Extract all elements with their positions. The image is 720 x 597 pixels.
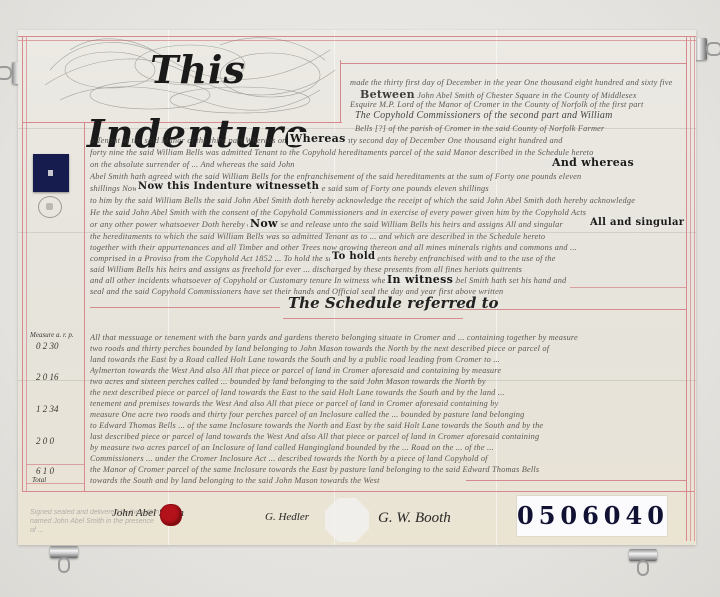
embossed-stamp-icon xyxy=(38,196,62,218)
margin-measure-value: 2 0 16 xyxy=(36,372,59,382)
schedule-line: Commissioners ... under the Cromer Inclo… xyxy=(90,454,684,463)
document-title: This Indenture xyxy=(48,38,348,102)
signature-hedler: G. Hedler xyxy=(265,511,309,523)
schedule-line: two acres and sixteen perches called ...… xyxy=(90,377,684,386)
binder-clip-right-handle xyxy=(706,42,720,56)
engrossed-and-whereas: And whereas xyxy=(550,156,636,169)
schedule-line: All that messuage or tenement with the b… xyxy=(90,333,684,342)
binder-clip-bottom-left-handle xyxy=(58,557,70,573)
binder-clip-bottom-right-handle xyxy=(637,560,649,576)
margin-measure-total: 6 1 0 xyxy=(36,466,54,476)
engrossed-now-this-indenture-witnesseth: Now this Indenture witnesseth xyxy=(136,181,321,192)
opening-line: The Copyhold Commissioners of the second… xyxy=(355,110,682,121)
red-ruling-schedule-underline xyxy=(283,318,463,319)
stamp-center xyxy=(46,203,53,210)
margin-measure-value: 0 2 30 xyxy=(36,341,59,351)
engrossed-all-and-singular: All and singular xyxy=(588,217,686,228)
binder-clip-left-handle xyxy=(0,66,12,80)
opening-line: made the thirty first day of December in… xyxy=(350,78,682,87)
schedule-line: Aylmerton towards the West And also All … xyxy=(90,366,684,375)
red-ruling-schedule xyxy=(90,307,280,308)
engrossed-whereas: Whereas xyxy=(288,132,348,145)
margin-measure-total-label: Total xyxy=(32,476,46,484)
red-ruling-right xyxy=(694,36,695,541)
red-ruling-total xyxy=(26,464,84,465)
red-ruling-left-outer xyxy=(22,36,23,491)
red-ruling-margin xyxy=(84,123,85,491)
schedule-line: last described piece or parcel of land t… xyxy=(90,432,684,441)
red-ruling-bottom xyxy=(22,491,694,492)
engrossed-to-hold: To hold xyxy=(330,251,377,262)
opening-line-text: John Abel Smith of Chester Square in the… xyxy=(417,91,636,100)
schedule-line: by measure two acres parcel of an Inclos… xyxy=(90,443,684,452)
red-ruling-right xyxy=(686,36,687,541)
opening-line: Esquire M.P. Lord of the Manor of Cromer… xyxy=(350,100,682,109)
body-line: the hereditaments to which the said Will… xyxy=(90,232,684,241)
red-ruling-left-outer xyxy=(26,36,27,491)
schedule-line: measure One acre two roods and thirty fo… xyxy=(90,410,684,419)
margin-measure-header: Measure a. r. p. xyxy=(30,331,74,339)
body-line: comprised in a Proviso from the Copyhold… xyxy=(90,254,684,263)
red-ruling-witness xyxy=(570,287,686,288)
red-ruling-right xyxy=(690,36,691,541)
engrossed-in-witness: In witness xyxy=(385,273,455,286)
red-ruling-end xyxy=(466,480,686,481)
body-line: a Tenant of the said Manor of the third … xyxy=(90,136,684,145)
schedule-line: the next described piece or parcel of la… xyxy=(90,388,684,397)
schedule-line: the Manor of Cromer parcel of the same I… xyxy=(90,465,684,474)
schedule-line: two roods and thirty perches bounded by … xyxy=(90,344,684,353)
schedule-line: land towards the East by a Road called H… xyxy=(90,355,684,364)
catalog-number-label: 0506040 xyxy=(517,496,667,536)
red-ruling-header xyxy=(340,63,686,64)
schedule-line: to Edward Thomas Bells ... of the same I… xyxy=(90,421,684,430)
body-line: together with their appurtenances and al… xyxy=(90,243,684,252)
red-wax-seal-icon xyxy=(161,505,181,525)
schedule-heading: The Schedule referred to xyxy=(288,294,499,312)
opening-line: Bells [?] of the parish of Cromer in the… xyxy=(355,124,682,133)
blue-tab-slot xyxy=(48,170,53,176)
body-line: to him by the said William Bells the sai… xyxy=(90,196,684,205)
blue-tab-marker xyxy=(33,154,69,192)
body-line: Abel Smith hath agreed with the said Wil… xyxy=(90,172,684,181)
schedule-line: tenement and premises towards the West A… xyxy=(90,399,684,408)
margin-measure-value: 2 0 0 xyxy=(36,436,54,446)
body-line: He the said John Abel Smith with the con… xyxy=(90,208,684,217)
schedule-line: towards the South and by land belonging … xyxy=(90,476,460,485)
signature-booth: G. W. Booth xyxy=(378,510,451,527)
engrossed-now: Now xyxy=(248,217,280,230)
margin-measure-value: 1 2 34 xyxy=(36,404,59,414)
